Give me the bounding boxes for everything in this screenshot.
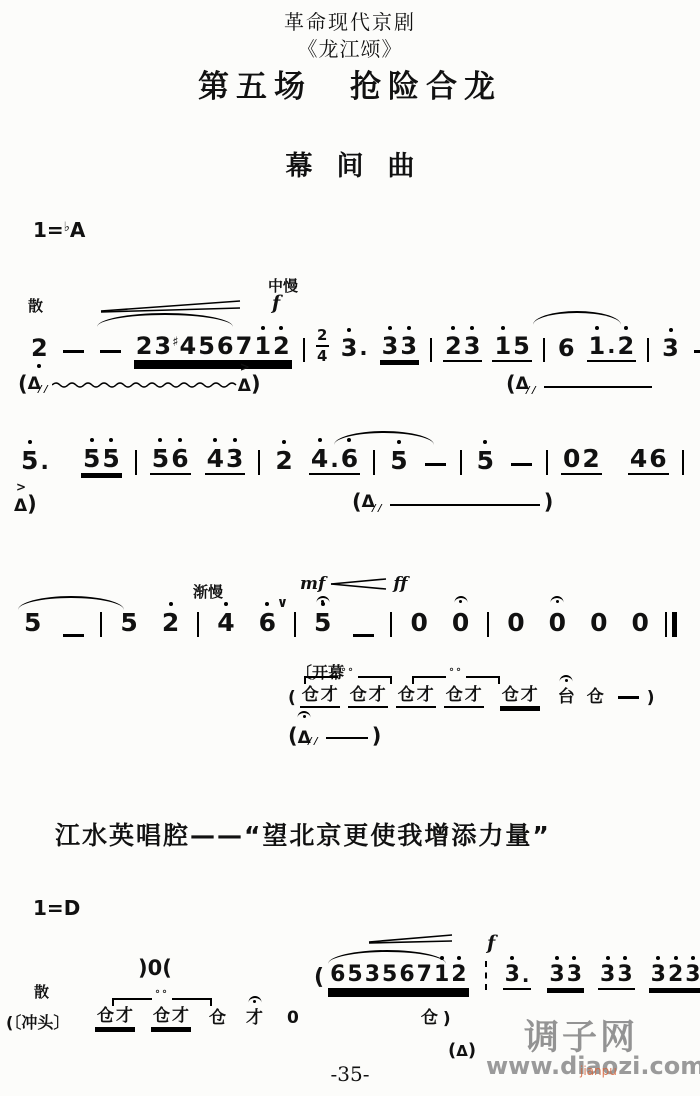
tie-1 (533, 311, 621, 325)
note: 0 (409, 610, 428, 635)
note: 6 (216, 334, 235, 358)
note: 3 (364, 964, 381, 986)
time-signature: 24 (316, 328, 329, 364)
gong-accent-close: >Δ ) (14, 492, 37, 516)
octave-dot-high (213, 438, 217, 442)
accent-mark: > (16, 480, 26, 494)
note: 5 (20, 448, 39, 473)
augmentation-dot: . (606, 336, 616, 358)
note: 1 (433, 964, 450, 986)
note: 4 (179, 334, 198, 358)
gong-roll-line-2: ( Δ ) (352, 492, 553, 513)
note-group: 才 (244, 1010, 265, 1029)
barline (258, 450, 260, 475)
note: 6 (557, 336, 576, 360)
slur-1 (97, 313, 233, 327)
note: 2 (161, 610, 180, 635)
note: 5 (346, 964, 363, 986)
note-group: 仓才 (300, 687, 340, 708)
note: 6 (340, 446, 359, 471)
note: 仓 (152, 1008, 171, 1025)
close-paren: ) (251, 374, 261, 395)
note: 0 (589, 610, 608, 635)
note-group: 46 (628, 446, 669, 475)
octave-dot-high (347, 438, 351, 442)
fermata (551, 596, 564, 605)
gong-triangle-icon: Δ (14, 496, 27, 516)
close-paren: ) (468, 1042, 476, 1060)
note-group: 仓 (419, 1010, 440, 1029)
note: 仓 (96, 1008, 115, 1025)
note: 台 (557, 689, 576, 706)
octave-dot-high (674, 956, 678, 960)
note-group: 43 (205, 446, 246, 475)
repeat-dots: °° (449, 672, 463, 674)
octave-dot-high (669, 328, 673, 332)
barline (460, 450, 462, 475)
note-group: 4.6 (309, 446, 360, 475)
gong-triangle-icon: Δ (298, 728, 311, 748)
note: 2 (135, 334, 154, 358)
note: 5 (389, 448, 408, 473)
text-token: ( (288, 688, 296, 708)
octave-dot-high (656, 956, 660, 960)
note-group: 33 (547, 964, 584, 990)
note-group: 23 (443, 334, 482, 362)
key-signature-1: 1=♭A (33, 218, 85, 242)
note: 4 (216, 610, 235, 635)
aria-title: 江水英唱腔——“望北京更使我增添力量” (55, 816, 551, 852)
time-numerator: 2 (317, 328, 327, 343)
note-group: 仓 (585, 689, 606, 708)
bracket-segment (304, 676, 338, 684)
note-group: 2 (29, 336, 50, 362)
barline (100, 612, 102, 637)
note-group: 0 (408, 610, 429, 637)
note: 5 (313, 610, 332, 635)
note-group: 5 (118, 610, 139, 637)
melody-line-2: 5.55564324.6550246 (12, 446, 690, 475)
note: 2 (274, 448, 293, 473)
note: 仓 (445, 687, 464, 704)
note-group: 0 (629, 610, 650, 637)
note: 2 (444, 334, 463, 358)
octave-dot-high (347, 328, 351, 332)
note: 才 (368, 687, 387, 704)
barline (682, 450, 684, 475)
octave-dot-high (457, 956, 461, 960)
crescendo-hairpin-3 (368, 934, 454, 949)
note: 2 (450, 964, 467, 986)
note-group: 6∨ (257, 610, 278, 637)
dash-note (425, 463, 446, 466)
note-group: 6 (556, 336, 577, 362)
note: 4 (206, 446, 225, 471)
note: 0 (630, 610, 649, 635)
note: 3 (153, 334, 172, 358)
note: 6∨ (258, 610, 277, 635)
dashed-barline (485, 961, 487, 990)
note: 1 (588, 334, 607, 358)
note: 3 (548, 964, 565, 986)
octave-dot-high (470, 326, 474, 330)
note-group: 55 (81, 446, 122, 475)
octave-dot-high (510, 956, 514, 960)
open-paren: ( (448, 1042, 456, 1060)
score-page: { "header": { "series": "革命现代京剧", "work"… (0, 0, 700, 1096)
augmentation-dot: . (358, 338, 368, 360)
note-group: 0 (547, 610, 568, 637)
note-group: 仓才 (95, 1008, 135, 1029)
octave-dot-high (265, 602, 269, 606)
note-group: 323 (649, 964, 700, 990)
note: 6 (329, 964, 346, 986)
fermata (454, 596, 467, 605)
note-group: 仓才 (396, 687, 436, 708)
note-group: 仓才 (500, 687, 540, 708)
barline (294, 612, 296, 637)
dynamic-mf: mf (300, 574, 325, 594)
note-group: 5 (475, 448, 496, 475)
repeat-bracket-3: °° (112, 998, 212, 1006)
roll-line (326, 737, 368, 739)
octave-dot-high (261, 326, 265, 330)
octave-dot-high (691, 956, 695, 960)
octave-dot-high (178, 438, 182, 442)
bracket-segment (112, 998, 152, 1006)
note: 4 (629, 446, 648, 471)
bracket-segment (172, 998, 212, 1006)
note-group: 5 (312, 610, 333, 637)
octave-dot-high (451, 326, 455, 330)
note: 仓 (420, 1010, 439, 1027)
repeat-bracket-2: °° (412, 676, 500, 684)
octave-dot-low (37, 364, 41, 368)
note: 5 (119, 610, 138, 635)
note: 0 (506, 610, 525, 635)
repeat-dots: °° (155, 994, 169, 996)
note: 仓 (208, 1010, 227, 1027)
octave-dot-high (606, 956, 610, 960)
octave-dot-high (388, 326, 392, 330)
bracket-segment (412, 676, 446, 684)
note-group: 3. (339, 336, 370, 362)
note: 5 (23, 610, 42, 635)
barline (647, 338, 649, 362)
series-title: 革命现代京剧 (0, 6, 700, 35)
note: 5 (197, 334, 216, 358)
scene-title: 第五场 抢险合龙 (0, 61, 700, 106)
note: 3 (566, 964, 583, 986)
note-group: 4 (215, 610, 236, 637)
note-group: 5 (388, 448, 409, 475)
note-group: 23♯456712 (134, 334, 292, 362)
note: 才 (464, 687, 483, 704)
dash-note (353, 634, 374, 637)
close-paren: ) (27, 494, 37, 515)
work-title: 《龙江颂》 (0, 33, 700, 62)
barline (546, 450, 548, 475)
note-group: 台 (556, 689, 577, 708)
note: 3 (504, 964, 521, 986)
note: 仓 (349, 687, 368, 704)
note: 3 (225, 446, 244, 471)
fermata (298, 711, 311, 720)
octave-dot-high (90, 438, 94, 442)
dynamic-ff: ff (393, 574, 407, 594)
roll-wavy-line (52, 380, 238, 389)
bracket-segment (358, 676, 392, 684)
dynamic-f-2: f (487, 932, 495, 954)
note-group: 65356712 (328, 964, 469, 990)
note-group: 33 (598, 964, 635, 990)
note-group: 2 (160, 610, 181, 637)
note: 3 (399, 334, 418, 358)
note-group: 02 (561, 446, 602, 475)
octave-dot-high (440, 956, 444, 960)
note: 6 (170, 446, 189, 471)
text-token: ) (647, 688, 655, 708)
crescendo-hairpin-2 (330, 578, 388, 590)
text-token: ( (314, 965, 324, 990)
text-token: ) (443, 1009, 451, 1029)
watermark-sub-text: jianpu (580, 1064, 617, 1078)
dynamics-group: mf ff (300, 574, 407, 594)
note-group: 5. (19, 448, 51, 475)
dash-note (100, 350, 121, 353)
note: 仓 (397, 687, 416, 704)
free-tempo-mark-2: 散 (34, 981, 49, 1002)
note-group: 0 (588, 610, 609, 637)
gong-triangle-icon: Δ (238, 376, 251, 396)
note: 3 (684, 964, 700, 986)
note: 3 (661, 336, 680, 360)
note: 0 (548, 610, 567, 635)
dash-note (618, 696, 639, 699)
bracket-segment (466, 676, 500, 684)
octave-dot-high (224, 602, 228, 606)
percussion-line-last: 仓才仓才仓才0仓) (6, 1008, 451, 1029)
note-group: 3 (660, 336, 681, 362)
gong-roll-line-3: ( Δ ) (288, 724, 381, 748)
octave-dot-high (483, 440, 487, 444)
note: 才 (416, 687, 435, 704)
repeat-dots: °° (341, 672, 355, 674)
note: 0 (451, 610, 470, 635)
note: 1 (253, 334, 272, 358)
note: 0 (286, 1010, 300, 1027)
gong-roll-line-1b: ( Δ (506, 374, 656, 395)
note: 才 (115, 1008, 134, 1025)
note: 6 (398, 964, 415, 986)
note-group: 33 (380, 334, 419, 362)
note-group: 15 (492, 334, 531, 362)
fermata (316, 596, 329, 605)
note: 仓 (586, 689, 605, 706)
note: 5 (476, 448, 495, 473)
key-prefix: 1= (33, 218, 64, 242)
octave-dot-high (158, 438, 162, 442)
key-tonic: A (70, 218, 85, 242)
octave-dot-high (555, 956, 559, 960)
barline (135, 450, 137, 475)
note-group: 5 (22, 610, 43, 637)
key-prefix: 1= (33, 896, 64, 920)
note-group: 仓才 (151, 1008, 191, 1029)
final-barline (665, 612, 677, 637)
free-tempo-mark-1: 散 (28, 295, 43, 316)
repeat-bracket-1: °° (304, 676, 392, 684)
octave-dot-high (169, 602, 173, 606)
note: 3 (650, 964, 667, 986)
note: 5 (512, 334, 531, 358)
dash-note (511, 463, 532, 466)
note: 3 (381, 334, 400, 358)
tempo-mark-jianman: 渐慢 (193, 581, 223, 602)
note-group: 56 (150, 446, 191, 475)
dash-note (63, 634, 84, 637)
dash-note (694, 350, 700, 353)
key-tonic: D (64, 896, 81, 920)
note: 2 (616, 334, 635, 358)
note: 2 (272, 334, 291, 358)
note: 2 (30, 336, 49, 360)
fermata (248, 996, 261, 1005)
note: 3 (599, 964, 616, 986)
accent-mark: > (240, 360, 250, 374)
note-group: 仓 (207, 1010, 228, 1029)
close-paren: ) (372, 726, 382, 747)
note: 7 (235, 334, 254, 358)
note: 3 (616, 964, 633, 986)
close-paren: ) (544, 492, 554, 513)
note-group: 1.2 (587, 334, 637, 362)
note-group: 3. (503, 964, 532, 990)
note: 才 (320, 687, 339, 704)
barline (390, 612, 392, 637)
note: 才 (171, 1008, 190, 1025)
note: 5 (82, 446, 101, 471)
octave-dot-high (109, 438, 113, 442)
note: 才 (520, 687, 539, 704)
note-group: 仓才 (444, 687, 484, 708)
note: 5 (151, 446, 170, 471)
open-paren: ( (288, 726, 298, 747)
paren-rest-mark: )0( (138, 956, 172, 980)
open-paren: ( (18, 374, 28, 395)
fermata (560, 675, 573, 684)
piece-title: 幕间曲 (0, 144, 700, 183)
octave-dot-high (28, 440, 32, 444)
time-denominator: 4 (317, 349, 327, 364)
melody-line-1: 223♯456712243.33231561.233.0 (24, 326, 700, 362)
gong-triangle-icon: Δ (456, 1044, 468, 1059)
octave-dot-high (318, 438, 322, 442)
note: 3 (340, 336, 359, 360)
note: 0 (562, 446, 581, 471)
note-group: 2 (273, 448, 294, 475)
note: 3 (463, 334, 482, 358)
note: 仓 (301, 687, 320, 704)
note-group: 0 (285, 1010, 301, 1029)
roll-line (544, 386, 652, 388)
octave-dot-high (501, 326, 505, 330)
dynamic-f-1: f (272, 292, 280, 314)
octave-dot-high (282, 440, 286, 444)
breath-mark: ∨ (277, 597, 288, 611)
dash-note (63, 350, 84, 353)
note: 5 (381, 964, 398, 986)
open-paren: ( (506, 374, 516, 395)
octave-dot-high (233, 438, 237, 442)
percussion-line-curtain: (仓才仓才仓才仓才仓才台仓) (288, 687, 655, 708)
melody-line-4: (653567123.3333323 (314, 961, 700, 990)
note-group: 0 (450, 610, 471, 637)
augmentation-dot: . (39, 451, 50, 474)
note: 1 (493, 334, 512, 358)
note: 5 (101, 446, 120, 471)
note: 仓 (501, 687, 520, 704)
note: 6 (648, 446, 667, 471)
note-group: 0 (505, 610, 526, 637)
octave-dot-high (623, 956, 627, 960)
octave-dot-high (397, 440, 401, 444)
note: 2 (581, 446, 600, 471)
barline (430, 338, 432, 362)
barline (543, 338, 545, 362)
augmentation-dot: . (329, 449, 340, 472)
octave-dot-high (595, 326, 599, 330)
gong-final: ( Δ ) (448, 1042, 476, 1060)
barline (373, 450, 375, 475)
barline (487, 612, 489, 637)
barline (303, 338, 305, 362)
note: 4 (310, 446, 329, 471)
note-group: 仓才 (348, 687, 388, 708)
roll-line (390, 504, 540, 506)
note: 才 (245, 1010, 264, 1027)
melody-line-3: 55246∨5000000 (12, 610, 681, 637)
octave-dot-high (407, 326, 411, 330)
octave-dot-high (279, 326, 283, 330)
open-paren: ( (352, 492, 362, 513)
augmentation-dot: . (521, 966, 531, 986)
note: 2 (667, 964, 684, 986)
octave-dot-high (572, 956, 576, 960)
barline (197, 612, 199, 637)
note: 7 (416, 964, 433, 986)
key-signature-2: 1=D (33, 896, 80, 920)
octave-dot-high (624, 326, 628, 330)
gong-roll-line-1: ( Δ >Δ ) (18, 372, 261, 396)
